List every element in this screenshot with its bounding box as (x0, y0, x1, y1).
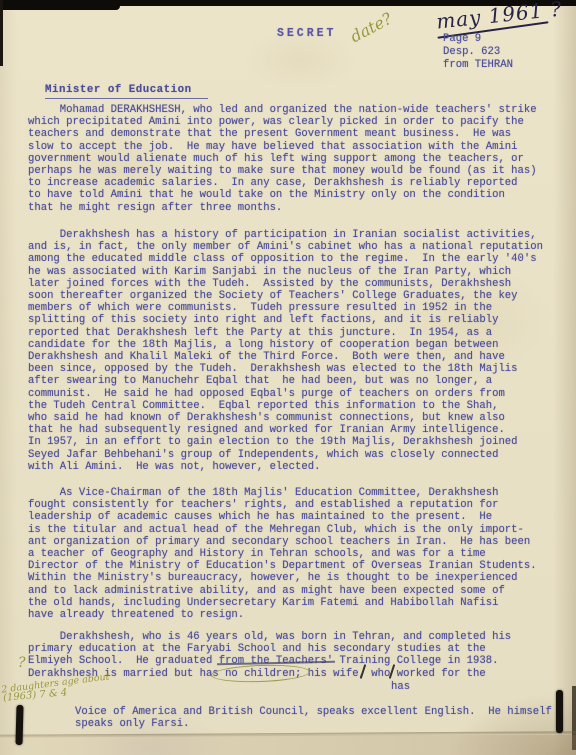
paragraph-4-text: Derakhshesh, who is 46 years old, was bo… (28, 631, 511, 655)
paragraph-5: Voice of America and British Council, sp… (75, 706, 576, 730)
document-title: Minister of Education (45, 84, 208, 99)
page-info: Page 9 Desp. 623 from TEHRAN (443, 33, 513, 72)
handwritten-date-query: date? (347, 9, 395, 47)
circled-phrase: no children; (225, 668, 301, 680)
paragraph-4-line4-after: his wife, who worked for the (301, 668, 485, 680)
ink-bar-left (15, 705, 23, 745)
paragraph-4-line3-before: Elmiyeh School. He graduated (28, 655, 219, 667)
scan-edge-top-left (0, 0, 120, 10)
ink-bar-right (556, 690, 563, 733)
paragraph-1: Mohamad DERAKHSHESH, who led and organiz… (28, 104, 568, 214)
security-stamp: SECRET (277, 27, 336, 40)
paragraph-4-line3-after: Training College in 1938. (333, 655, 498, 667)
margin-query-mark: ? (18, 655, 26, 671)
scan-edge-left (0, 0, 3, 66)
paper-below-fold (0, 735, 576, 755)
paragraph-2: Derakhshesh has a history of participati… (28, 229, 568, 473)
inserted-word: has (391, 681, 410, 693)
document-scan: SECRET date? may 1961 ? Page 9 Desp. 623… (0, 0, 576, 755)
paragraph-3: As Vice-Chairman of the 18th Majlis' Edu… (28, 487, 568, 621)
